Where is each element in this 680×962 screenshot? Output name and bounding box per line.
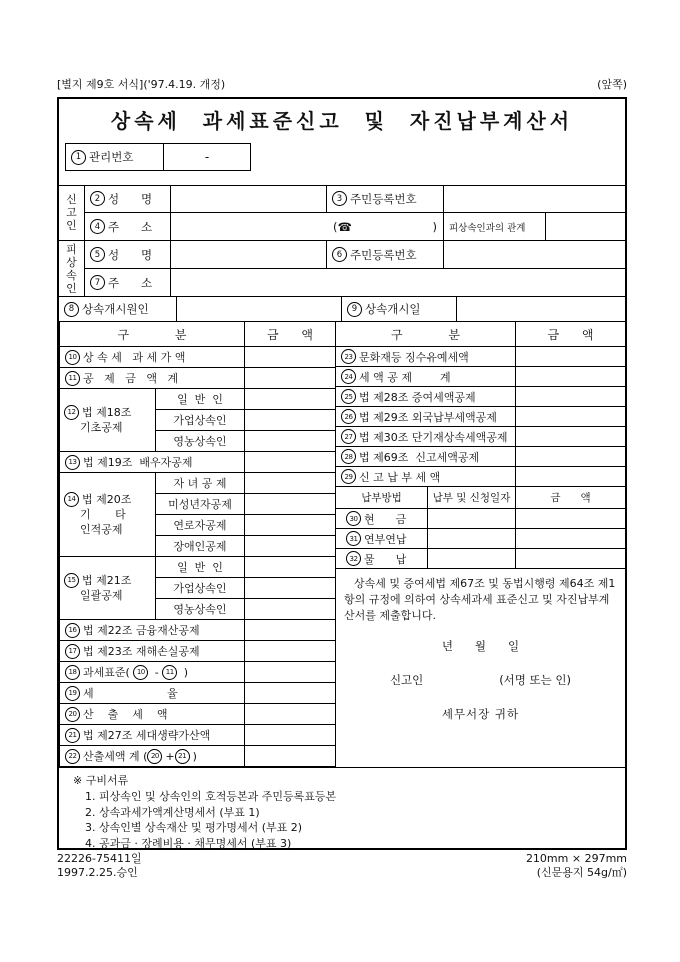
amount-field[interactable] — [245, 494, 336, 515]
paper-spec-block: 210mm × 297mm (신문용지 54g/㎡) — [526, 852, 627, 880]
phone-icon: ☎ — [338, 220, 352, 234]
row-label: 23문화재등 징수유예세액 — [336, 347, 516, 367]
inheritance-date-field[interactable] — [457, 297, 625, 321]
circled-number: 13 — [65, 455, 80, 470]
deduction-sub-label: 일 반 인 — [156, 557, 245, 578]
deduction-group-label: 12법 제18조기초공제 — [60, 389, 156, 452]
circled-number: 10 — [133, 665, 148, 680]
circled-number: 18 — [65, 665, 80, 680]
amount-field[interactable] — [245, 620, 336, 641]
required-document-item: 2. 상속과세가액계산명세서 (부표 1) — [85, 805, 625, 821]
circled-number: 20 — [65, 707, 80, 722]
form-code: 22226-75411일 — [57, 852, 142, 866]
left-amounts-table: 구 분 금 액 10상 속 세 과 세 가 액11공 제 금 액 계12법 제1… — [59, 321, 336, 767]
decedent-address-label: 7주 소 — [85, 269, 171, 297]
circled-number: 32 — [346, 551, 361, 566]
payment-amount-header: 금 액 — [516, 487, 626, 509]
deduction-sub-label: 가업상속인 — [156, 410, 245, 431]
left-column-header-category: 구 분 — [60, 322, 245, 347]
deduction-sub-label: 일 반 인 — [156, 389, 245, 410]
amount-field[interactable] — [245, 431, 336, 452]
amount-field[interactable] — [516, 467, 626, 487]
declarant-name-label: 2성 명 — [85, 185, 171, 213]
row-label: 19세 율 — [60, 683, 245, 704]
form-revision-note: [별지 제9호 서식]('97.4.19. 개정) — [57, 76, 225, 92]
right-column-header-amount: 금 액 — [516, 322, 626, 347]
amount-field[interactable] — [245, 410, 336, 431]
inheritance-cause-field[interactable] — [177, 297, 342, 321]
circled-number: 16 — [65, 623, 80, 638]
circled-number: 23 — [341, 349, 356, 364]
declarant-address-field[interactable]: (☎) — [171, 213, 444, 241]
row-label: 13법 제19조 배우자공제 — [60, 452, 245, 473]
front-side-note: (앞쪽) — [597, 76, 627, 92]
inheritance-date-label: 9상속개시일 — [342, 297, 457, 321]
circled-number: 19 — [65, 686, 80, 701]
management-number-label: 1관리번호 — [66, 144, 164, 170]
deduction-group-label: 14법 제20조기 타인적공제 — [60, 473, 156, 557]
amount-field[interactable] — [245, 473, 336, 494]
circled-number: 4 — [90, 219, 105, 234]
circled-number: 30 — [346, 511, 361, 526]
circled-number: 28 — [341, 449, 356, 464]
circled-number: 7 — [90, 275, 105, 290]
circled-number: 6 — [332, 247, 347, 262]
amount-field[interactable] — [245, 599, 336, 620]
circled-number: 21 — [65, 728, 80, 743]
circled-number: 11 — [162, 665, 177, 680]
amount-field[interactable] — [245, 641, 336, 662]
amount-field[interactable] — [245, 452, 336, 473]
paren-close: ) — [433, 220, 438, 234]
payment-method-label: 30현 금 — [336, 509, 428, 529]
form-outer-box: 상속세 과세표준신고 및 자진납부계산서 1관리번호 - 신고인 피상속인 2성… — [57, 97, 627, 850]
decedent-name-field[interactable] — [171, 241, 327, 269]
declaration-date-line[interactable]: 년 월 일 — [336, 638, 625, 654]
payment-method-label: 32물 납 — [336, 549, 428, 569]
circled-number: 27 — [341, 429, 356, 444]
required-document-item: 3. 상속인별 상속재산 및 평가명세서 (부표 2) — [85, 820, 625, 836]
payment-amount-field[interactable] — [516, 549, 626, 569]
amount-field[interactable] — [245, 389, 336, 410]
circled-number: 3 — [332, 191, 347, 206]
circled-number: 24 — [341, 369, 356, 384]
payment-date-header: 납부 및 신청일자 — [428, 487, 516, 509]
left-column-header-amount: 금 액 — [245, 322, 336, 347]
inheritance-cause-label: 8상속개시원인 — [59, 297, 177, 321]
declaration-text: 상속세 및 증여세법 제67조 및 동법시행령 제64조 제1항의 규정에 의하… — [344, 576, 617, 624]
circled-number: 29 — [341, 469, 356, 484]
right-column-header-category: 구 분 — [336, 322, 516, 347]
form-page: [별지 제9호 서식]('97.4.19. 개정) (앞쪽) 상속세 과세표준신… — [0, 0, 680, 962]
top-note-row: [별지 제9호 서식]('97.4.19. 개정) (앞쪽) — [57, 76, 627, 92]
payment-date-field[interactable] — [428, 529, 516, 549]
amount-field[interactable] — [516, 427, 626, 447]
amount-field[interactable] — [516, 407, 626, 427]
management-number-value[interactable]: - — [164, 144, 250, 170]
relation-to-decedent-field[interactable] — [546, 213, 625, 241]
circled-number: 15 — [64, 573, 79, 588]
circled-number: 31 — [346, 531, 361, 546]
amount-field[interactable] — [245, 662, 336, 683]
amount-field[interactable] — [245, 725, 336, 746]
decedent-group-label: 피상속인 — [59, 241, 85, 297]
management-number-box: 1관리번호 - — [65, 143, 251, 171]
declarant-group-label: 신고인 — [59, 185, 85, 241]
row-label: 29신 고 납 부 세 액 — [336, 467, 516, 487]
row-label: 16법 제22조 금융재산공제 — [60, 620, 245, 641]
circled-number: 9 — [347, 302, 362, 317]
payment-date-field[interactable] — [428, 549, 516, 569]
circled-number: 11 — [65, 371, 80, 386]
payment-date-field[interactable] — [428, 509, 516, 529]
payment-amount-field[interactable] — [516, 529, 626, 549]
payment-amount-field[interactable] — [516, 509, 626, 529]
relation-to-decedent-label: 피상속인과의 관계 — [444, 213, 546, 241]
required-document-item: 1. 피상속인 및 상속인의 호적등본과 주민등록표등본 — [85, 789, 625, 805]
deduction-sub-label: 장애인공제 — [156, 536, 245, 557]
amount-field[interactable] — [516, 347, 626, 367]
circled-number: 12 — [64, 405, 79, 420]
circled-number: 21 — [175, 749, 190, 764]
declarant-name-field[interactable] — [171, 185, 327, 213]
paper-type: (신문용지 54g/㎡) — [526, 866, 627, 880]
phone-number-area[interactable]: (☎) — [333, 220, 437, 234]
deduction-sub-label: 자 녀 공 제 — [156, 473, 245, 494]
row-label: 10상 속 세 과 세 가 액 — [60, 347, 245, 368]
deduction-sub-label: 영농상속인 — [156, 599, 245, 620]
required-document-item: 4. 공과금 · 장례비용 · 채무명세서 (부표 3) — [85, 836, 625, 852]
payment-method-header: 납부방법 — [336, 487, 428, 509]
required-documents-section: ※ 구비서류 1. 피상속인 및 상속인의 호적등본과 주민등록표등본 2. 상… — [59, 767, 625, 848]
form-title: 상속세 과세표준신고 및 자진납부계산서 — [59, 105, 625, 134]
amount-field[interactable] — [245, 746, 336, 767]
paper-size: 210mm × 297mm — [526, 852, 627, 866]
amount-field[interactable] — [245, 704, 336, 725]
amount-field[interactable] — [516, 387, 626, 407]
row-label: 25법 제28조 증여세액공제 — [336, 387, 516, 407]
deduction-sub-label: 영농상속인 — [156, 431, 245, 452]
signature-note: (서명 또는 인) — [499, 672, 571, 688]
row-label: 27법 제30조 단기재상속세액공제 — [336, 427, 516, 447]
footer-row: 22226-75411일 1997.2.25.승인 210mm × 297mm … — [57, 852, 627, 880]
circled-number: 5 — [90, 247, 105, 262]
row-label: 20산 출 세 액 — [60, 704, 245, 725]
declarant-rrn-field[interactable] — [444, 185, 625, 213]
decedent-address-field[interactable] — [171, 269, 625, 297]
row-label: 26법 제29조 외국납부세액공제 — [336, 407, 516, 427]
amount-field[interactable] — [245, 515, 336, 536]
form-code-block: 22226-75411일 1997.2.25.승인 — [57, 852, 142, 880]
circled-number: 10 — [65, 350, 80, 365]
right-amounts-table: 구 분 금 액 23문화재등 징수유예세액24세 액 공 제 계25법 제28조… — [335, 321, 626, 569]
declarant-address-label: 4주 소 — [85, 213, 171, 241]
amount-field[interactable] — [245, 557, 336, 578]
declaration-sign-line: 신고인 (서명 또는 인) — [336, 672, 625, 688]
circled-number: 22 — [65, 749, 80, 764]
row-label: 22산출세액 계 (20+21) — [60, 746, 245, 767]
declaration-section: 상속세 및 증여세법 제67조 및 동법시행령 제64조 제1항의 규정에 의하… — [335, 568, 625, 767]
circled-number: 17 — [65, 644, 80, 659]
payment-method-label: 31연부연납 — [336, 529, 428, 549]
deduction-group-label: 15법 제21조일괄공제 — [60, 557, 156, 620]
decedent-name-label: 5성 명 — [85, 241, 171, 269]
row-label: 11공 제 금 액 계 — [60, 368, 245, 389]
circled-number: 20 — [147, 749, 162, 764]
circled-number: 1 — [71, 150, 86, 165]
circled-number: 26 — [341, 409, 356, 424]
row-label: 17법 제23조 재해손실공제 — [60, 641, 245, 662]
tax-office-recipient: 세무서장 귀하 — [336, 706, 625, 722]
amount-field[interactable] — [245, 347, 336, 368]
circled-number: 8 — [64, 302, 79, 317]
circled-number: 14 — [64, 492, 79, 507]
signer-label[interactable]: 신고인 — [390, 672, 423, 688]
required-documents-heading: ※ 구비서류 — [73, 772, 625, 788]
circled-number: 25 — [341, 389, 356, 404]
row-label: 21법 제27조 세대생략가산액 — [60, 725, 245, 746]
decedent-rrn-field[interactable] — [444, 241, 625, 269]
amount-field[interactable] — [245, 578, 336, 599]
amount-field[interactable] — [245, 536, 336, 557]
declarant-rrn-label: 3주민등록번호 — [327, 185, 444, 213]
row-label: 18과세표준( 10 - 11 ) — [60, 662, 245, 683]
amount-field[interactable] — [245, 368, 336, 389]
approval-date: 1997.2.25.승인 — [57, 866, 142, 880]
decedent-rrn-label: 6주민등록번호 — [327, 241, 444, 269]
deduction-sub-label: 가업상속인 — [156, 578, 245, 599]
deduction-sub-label: 미성년자공제 — [156, 494, 245, 515]
circled-number: 2 — [90, 191, 105, 206]
row-label: 28법 제69조 신고세액공제 — [336, 447, 516, 467]
amount-field[interactable] — [245, 683, 336, 704]
amount-field[interactable] — [516, 447, 626, 467]
deduction-sub-label: 연로자공제 — [156, 515, 245, 536]
row-label: 24세 액 공 제 계 — [336, 367, 516, 387]
amount-field[interactable] — [516, 367, 626, 387]
